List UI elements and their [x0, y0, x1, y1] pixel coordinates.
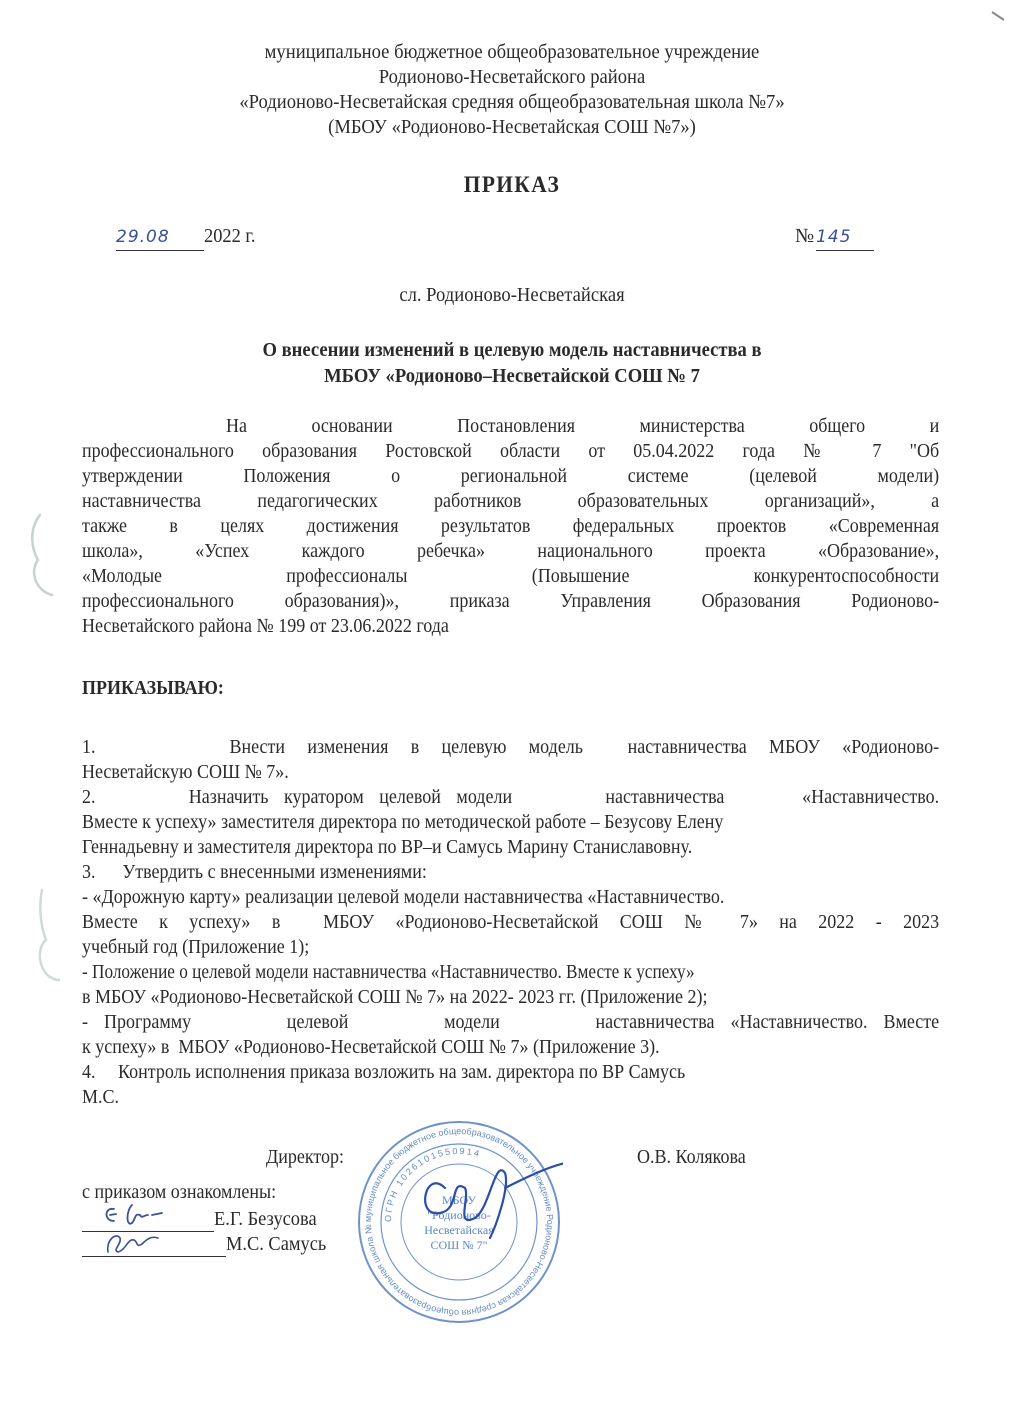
scan-artifact-icon — [990, 10, 1010, 26]
svg-text:Несветайская: Несветайская — [424, 1223, 494, 1237]
hole-punch-mark-icon — [20, 870, 60, 990]
header-line-4: (МБОУ «Родионово-Несветайская СОШ №7») — [36, 115, 988, 140]
item-2-line: 2. Назначить куратором целевой модели на… — [82, 785, 940, 810]
date-underline: 29.08 — [116, 224, 204, 251]
preamble-line: профессионального образования)», приказа… — [82, 589, 940, 614]
person-name: Е.Г. Безусова — [214, 1207, 317, 1232]
item-1-line: Несветайскую СОШ № 7». — [82, 760, 289, 785]
svg-text:МБОУ: МБОУ — [442, 1193, 476, 1207]
item-4-line: М.С. — [82, 1085, 119, 1110]
director-name: О.В. Колякова — [637, 1145, 746, 1170]
item-3-line: 3. Утвердить с внесенными изменениями: — [82, 860, 427, 885]
item-2-line: Вместе к успеху» заместителя директора п… — [82, 810, 723, 835]
header-line-3: «Родионово-Несветайская средняя общеобра… — [36, 90, 988, 115]
preamble-line: утверждении Положения о региональной сис… — [82, 464, 940, 489]
date-year: 2022 г. — [204, 224, 255, 249]
order-date: 29.082022 г. — [116, 224, 260, 251]
item-3-line: - Положение о целевой модели наставничес… — [82, 960, 695, 985]
item-3-line: - Программу целевой модели наставничеств… — [82, 1010, 940, 1035]
handwritten-signature-icon — [82, 1226, 226, 1256]
header-line-1: муниципальное бюджетное общеобразователь… — [36, 40, 988, 65]
item-4-line: 4. Контроль исполнения приказа возложить… — [82, 1060, 685, 1085]
place: сл. Родионово-Несветайская — [36, 283, 988, 308]
preamble-line: также в целях достижения результатов фед… — [82, 514, 940, 539]
preamble-line: школа», «Успех каждого ребечка» национал… — [82, 539, 940, 564]
subject-line-1: О внесении изменений в целевую модель на… — [36, 336, 988, 364]
order-number: №145 — [795, 224, 874, 251]
preamble-line: «Молодые профессионалы (Повышение конкур… — [82, 564, 940, 589]
number-underline: 145 — [816, 224, 874, 251]
item-1-line: 1. Внести изменения в целевую модель нас… — [82, 735, 940, 760]
person-name: М.С. Самусь — [226, 1232, 326, 1257]
handwritten-number: 145 — [816, 227, 851, 247]
svg-text:СОШ № 7": СОШ № 7" — [430, 1238, 487, 1252]
item-3-line: учебный год (Приложение 1); — [82, 935, 309, 960]
order-heading: ПРИКАЗЫВАЮ: — [82, 676, 224, 701]
item-3-line: в МБОУ «Родионово-Несветайской СОШ № 7» … — [82, 985, 708, 1010]
number-label: № — [795, 225, 814, 247]
handwritten-date: 29.08 — [116, 227, 170, 247]
hole-punch-mark-icon — [20, 510, 60, 600]
director-title: Директор: — [266, 1145, 344, 1170]
item-2-line: Геннадьевну и заместителя директора по В… — [82, 835, 692, 860]
preamble-line: профессионального образования Ростовской… — [82, 439, 940, 464]
preamble-line: На основании Постановления министерства … — [226, 414, 940, 439]
signature-line — [82, 1234, 226, 1257]
document-page: муниципальное бюджетное общеобразователь… — [0, 0, 1024, 1408]
document-title: ПРИКАЗ — [36, 172, 988, 197]
official-stamp-icon: муниципальное бюджетное общеобразователь… — [355, 1118, 563, 1326]
preamble-line: наставничества педагогических работников… — [82, 489, 940, 514]
header-line-2: Родионово-Несветайского района — [36, 65, 988, 90]
item-3-line: Вместе к успеху» в МБОУ «Родионово-Несве… — [82, 910, 940, 935]
acknowledged-person: М.С. Самусь — [82, 1232, 335, 1257]
item-3-line: к успеху» в МБОУ «Родионово-Несветайской… — [82, 1035, 660, 1060]
preamble-line: Несветайского района № 199 от 23.06.2022… — [82, 614, 449, 639]
subject-line-2: МБОУ «Родионово–Несветайской СОШ № 7 — [36, 362, 988, 390]
item-3-line: - «Дорожную карту» реализации целевой мо… — [82, 885, 724, 910]
